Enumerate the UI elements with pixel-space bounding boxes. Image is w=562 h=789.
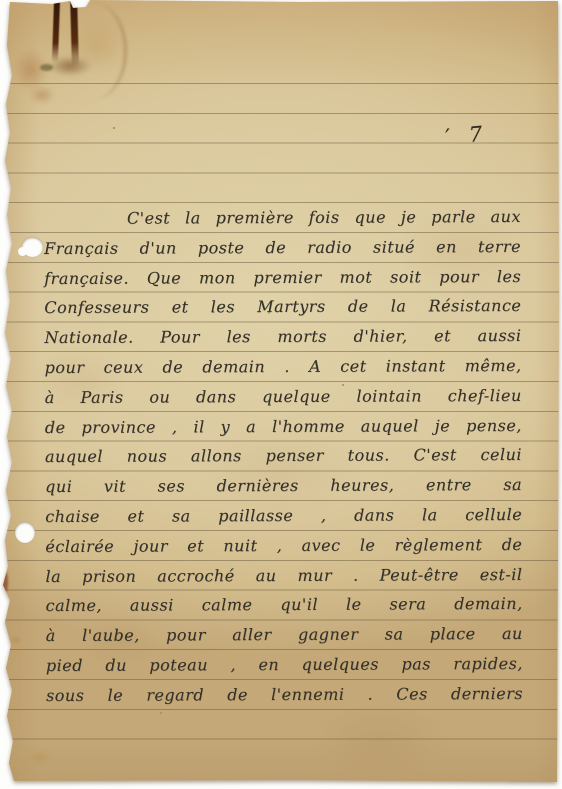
manuscript-line: française. Que mon premier mot soit pour… <box>44 262 521 294</box>
manuscript-line: pied du poteau , en quelques pas rapides… <box>46 649 523 681</box>
punch-hole-bottom <box>15 522 35 543</box>
manuscript-line: à Paris ou dans quelque lointain chef-li… <box>45 381 522 413</box>
manuscript-line: calme, aussi calme qu'il le sera demain, <box>46 589 523 621</box>
punch-hole-top <box>22 237 43 257</box>
yellow-stain-bottom-left <box>24 748 56 766</box>
manuscript-page: ′ 7 C'est la première fois que je parle … <box>0 0 562 789</box>
manuscript-line: pour ceux de demain . A cet instant même… <box>45 351 522 383</box>
manuscript-line: auquel nous allons penser tous. C'est ce… <box>45 440 522 472</box>
manuscript-line: chaise et sa paillasse , dans la cellule <box>45 500 522 532</box>
manuscript-line: Confesseurs et les Martyrs de la Résista… <box>44 291 521 323</box>
manuscript-line: la prison accroché au mur . Peut-être es… <box>45 560 522 592</box>
paper-shadow-wrap: ′ 7 C'est la première fois que je parle … <box>0 0 562 789</box>
scan-background: ′ 7 C'est la première fois que je parle … <box>0 0 562 789</box>
rust-stain-left <box>24 82 60 108</box>
page-number-mark: ′ 7 <box>445 119 518 161</box>
manuscript-line: C'est la première fois que je parle aux <box>44 202 521 234</box>
manuscript-text: C'est la première fois que je parle auxF… <box>44 202 523 711</box>
red-edge-stain <box>0 571 8 593</box>
manuscript-line: éclairée jour et nuit , avec le règlemen… <box>45 530 522 562</box>
manuscript-line: sous le regard de l'ennemi . Ces dernier… <box>46 679 523 711</box>
manuscript-line: Nationale. Pour les morts d'hier, et aus… <box>44 321 521 353</box>
manuscript-line: à l'aube, pour aller gagner sa place au <box>46 619 523 651</box>
manuscript-line: qui vit ses dernières heures, entre sa <box>45 470 522 502</box>
manuscript-line: Français d'un poste de radio situé en te… <box>44 232 521 264</box>
paper-specks <box>0 0 2 2</box>
manuscript-line: de province , il y a l'homme auquel je p… <box>45 411 522 443</box>
yellow-stain-left <box>8 634 24 646</box>
